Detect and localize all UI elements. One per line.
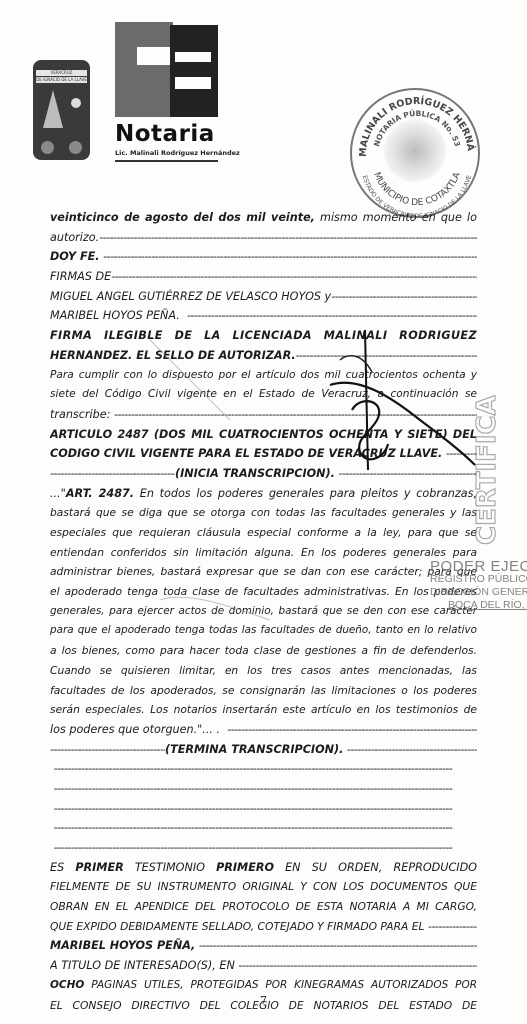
dash-filler-line (50, 759, 477, 779)
text-line: MARIBEL HOYOS PEÑA. (50, 306, 477, 326)
notarial-document-page: VERACRUZ DE IGNACIO DE LA LLAVE Notaria … (0, 0, 527, 1024)
text-line: ARTICULO 2487 (DOS MIL CUATROCIENTOS OCH… (50, 425, 477, 445)
text-line: serán especiales. Los notarios insertará… (50, 700, 477, 720)
text-line: MARIBEL HOYOS PEÑA, (50, 936, 477, 956)
text-line: administrar bienes, bastará expresar que… (50, 562, 477, 582)
seal-text-ring: LIC. MALINALI RODRÍGUEZ HERNÁNDEZ NOTARI… (352, 90, 482, 220)
dash-filler-line (50, 838, 477, 858)
text-line: Para cumplir con lo dispuesto por el art… (50, 366, 477, 386)
dash-filler-line (50, 779, 477, 799)
svg-text:LIC. MALINALI RODRÍGUEZ HERNÁN: LIC. MALINALI RODRÍGUEZ HERNÁNDEZ (352, 90, 477, 157)
logo-five-shape (115, 22, 173, 117)
text-line: (INICIA TRANSCRIPCION). (50, 464, 477, 484)
notaria-53-logo: Notaria Lic. Malinali Rodríguez Hernánde… (115, 22, 218, 172)
text-line: siete del Código Civil vigente en el Est… (50, 385, 477, 405)
text-line: MIGUEL ANGEL GUTIÉRREZ DE VELASCO HOYOS … (50, 287, 477, 307)
logo-wordmark: Notaria (115, 122, 218, 146)
text-line: HERNANDEZ. EL SELLO DE AUTORIZAR. (50, 346, 477, 366)
text-line: para que el apoderado tenga todas las fa… (50, 621, 477, 641)
text-line: autorizo. (50, 228, 477, 248)
kinegram-seal-icon (71, 98, 81, 108)
dash-filler-line (50, 799, 477, 819)
kinegram-band: VERACRUZ (36, 70, 87, 76)
text-line: ..."ART. 2487. En todos los poderes gene… (50, 484, 477, 504)
text-line: transcribe: (50, 405, 477, 425)
svg-text:CERTIFICADO: CERTIFICADO (472, 395, 502, 545)
kinegram-circle-icon (41, 141, 54, 154)
text-line: veinticinco de agosto del dos mil veinte… (50, 208, 477, 228)
kinegram-emblem-icon (43, 90, 63, 128)
text-line: facultades de los apoderados, se consign… (50, 681, 477, 701)
certified-stamp: CERTIFICADO (455, 395, 525, 545)
kinegram-band: DE IGNACIO DE LA LLAVE (36, 77, 87, 83)
text-line: los poderes que otorguen."... . (50, 720, 477, 740)
text-line: FIRMA ILEGIBLE DE LA LICENCIADA MALINALI… (50, 326, 477, 346)
text-line: entiendan conferidos sin limitación algu… (50, 543, 477, 563)
text-line: a los bienes, como para hacer toda clase… (50, 641, 477, 661)
text-line: Cuando se quisieren limitar, en los tres… (50, 661, 477, 681)
text-line: el apoderado tenga toda clase de faculta… (50, 582, 477, 602)
text-line: QUE EXPIDO DEBIDAMENTE SELLADO, COTEJADO… (50, 917, 477, 937)
kinegram-hologram: VERACRUZ DE IGNACIO DE LA LLAVE (33, 60, 90, 160)
text-line: OCHO PAGINAS UTILES, PROTEGIDAS POR KINE… (50, 976, 477, 996)
text-line: especiales que requieran cláusula especi… (50, 523, 477, 543)
text-line: ES PRIMER TESTIMONIO PRIMERO EN SU ORDEN… (50, 858, 477, 878)
kinegram-circle-icon (69, 141, 82, 154)
text-line: FIRMAS DE (50, 267, 477, 287)
text-line: CODIGO CIVIL VIGENTE PARA EL ESTADO DE V… (50, 444, 477, 464)
logo-rule (115, 160, 218, 162)
notary-seal: LIC. MALINALI RODRÍGUEZ HERNÁNDEZ NOTARI… (350, 88, 480, 218)
registry-stamp: PODER EJECUTIV REGISTRO PÚBLICO DE PRO D… (430, 560, 527, 612)
logo-subtitle: Lic. Malinali Rodríguez Hernández (115, 149, 240, 157)
text-line: (TERMINA TRANSCRIPCION). (50, 740, 477, 760)
document-body: veinticinco de agosto del dos mil veinte… (50, 208, 477, 1015)
page-number: 7 (0, 994, 527, 1007)
text-line: DOY FE. (50, 247, 477, 267)
text-line: A TITULO DE INTERESADO(S), EN (50, 956, 477, 976)
text-line: OBRAN EN EL APENDICE DEL PROTOCOLO DE ES… (50, 897, 477, 917)
text-line: bastará que se diga que se otorga con to… (50, 503, 477, 523)
text-line: generales, para ejercer actos de dominio… (50, 602, 477, 622)
logo-three-shape (170, 25, 218, 117)
text-line: FIELMENTE DE SU INSTRUMENTO ORIGINAL Y C… (50, 877, 477, 897)
dash-filler-line (50, 818, 477, 838)
